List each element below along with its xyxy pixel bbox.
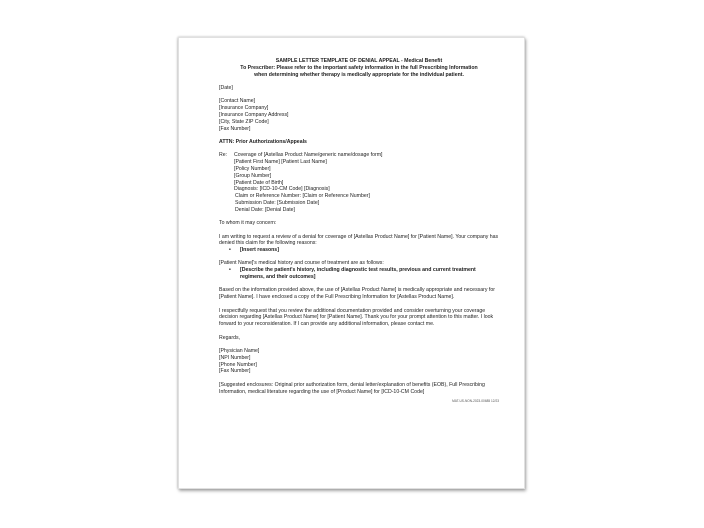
paragraph-history: [Patient Name]'s medical history and cou… <box>219 260 499 267</box>
prescriber-note-line1: To Prescriber: Please refer to the impor… <box>219 65 499 72</box>
re-line: [Group Number] <box>234 173 383 180</box>
address-line: [Insurance Company Address] <box>219 112 499 119</box>
letter-page: SAMPLE LETTER TEMPLATE OF DENIAL APPEAL … <box>178 37 525 489</box>
bullet-text: [Insert reasons] <box>240 247 279 254</box>
letter-title: SAMPLE LETTER TEMPLATE OF DENIAL APPEAL … <box>219 58 499 65</box>
address-line: [Contact Name] <box>219 98 499 105</box>
re-line: Submission Date: [Submission Date] <box>234 200 383 207</box>
signature-line: [Phone Number] <box>219 362 499 369</box>
re-line: [Patient Date of Birth] <box>234 180 383 187</box>
re-line: Claim or Reference Number: [Claim or Ref… <box>234 193 383 200</box>
paragraph-appeal-request: I respectfully request that you review t… <box>219 308 499 328</box>
attn-line: ATTN: Prior Authorizations/Appeals <box>219 139 499 146</box>
signature-block: [Physician Name] [NPI Number] [Phone Num… <box>219 348 499 375</box>
address-line: [Fax Number] <box>219 126 499 133</box>
signature-line: [Fax Number] <box>219 368 499 375</box>
paragraph-justification: Based on the information provided above,… <box>219 287 499 301</box>
salutation: To whom it may concern: <box>219 220 499 227</box>
closing: Regards, <box>219 335 499 342</box>
letter-content: SAMPLE LETTER TEMPLATE OF DENIAL APPEAL … <box>219 58 499 405</box>
bullet-icon: • <box>229 247 240 254</box>
re-line: Denial Date: [Denial Date] <box>234 207 383 214</box>
bullet-history: • [Describe the patient's history, inclu… <box>219 267 499 281</box>
address-line: [City, State ZIP Code] <box>219 119 499 126</box>
signature-line: [Physician Name] <box>219 348 499 355</box>
suggested-enclosures: [Suggested enclosures: Original prior au… <box>219 382 499 396</box>
prescriber-note-line2: when determining whether therapy is medi… <box>219 72 499 79</box>
bullet-text: [Describe the patient's history, includi… <box>240 267 499 281</box>
re-label: Re: <box>219 152 234 213</box>
signature-line: [NPI Number] <box>219 355 499 362</box>
re-line: [Policy Number] <box>234 166 383 173</box>
bullet-reasons: • [Insert reasons] <box>219 247 499 254</box>
re-line: Diagnosis: [ICD-10-CM Code] [Diagnosis] <box>234 186 383 193</box>
paragraph-request: I am writing to request a review of a de… <box>219 234 499 248</box>
re-line: [Patient First Name] [Patient Last Name] <box>234 159 383 166</box>
bullet-icon: • <box>229 267 240 281</box>
recipient-address: [Contact Name] [Insurance Company] [Insu… <box>219 98 499 132</box>
re-line: Coverage of [Astellas Product Name/gener… <box>234 152 383 159</box>
re-block: Re: Coverage of [Astellas Product Name/g… <box>219 152 499 213</box>
address-line: [Insurance Company] <box>219 105 499 112</box>
footer-code: MAT-US-NON-2023-00685 12/23 <box>219 398 499 405</box>
date-placeholder: [Date] <box>219 85 499 92</box>
